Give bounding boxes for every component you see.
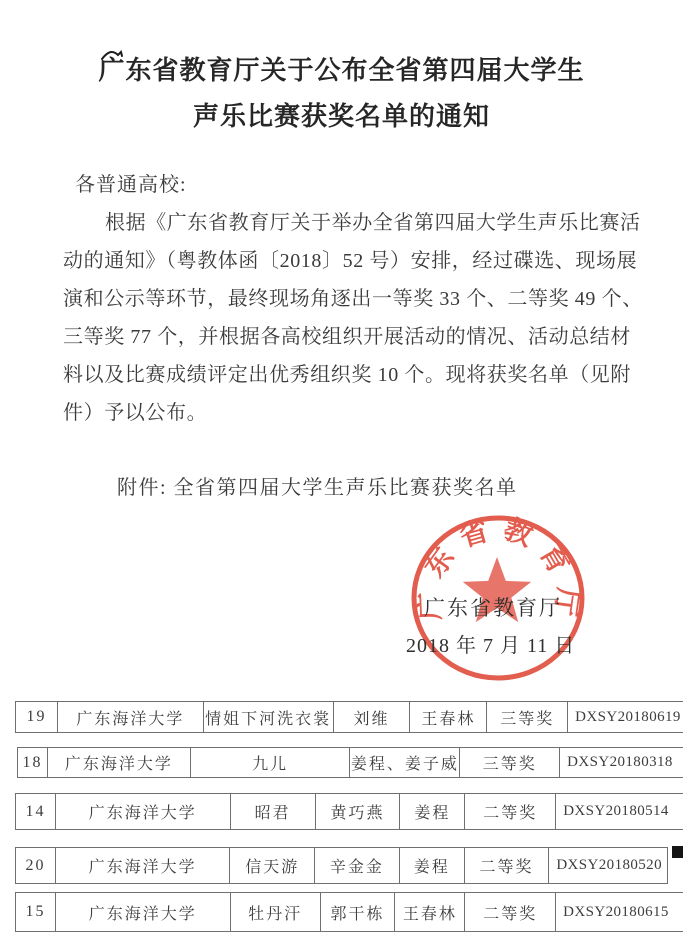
signature-date: 2018 年 7 月 11 日: [406, 629, 575, 658]
table-cell: 三等奖: [487, 702, 568, 732]
table-cell: 姜程: [400, 794, 465, 829]
body-paragraph: 根据《广东省教育厅关于举办全省第四届大学生声乐比赛活动的通知》（粤教体函〔201…: [63, 204, 628, 432]
paragraph-line: 三等奖 77 个，并根据各高校组织开展活动的情况、活动总结材: [63, 318, 628, 356]
table-cell-code: DXSY20180514: [556, 794, 683, 829]
table-cell: 姜程: [400, 848, 465, 883]
table-cell-code: DXSY20180318: [560, 748, 683, 777]
scanned-notice-page: { "document": { "title_line1": "广东省教育厅关于…: [0, 0, 683, 941]
table-cell: 19: [16, 702, 58, 732]
paragraph-line: 动的通知》（粤教体函〔2018〕52 号）安排，经过碟选、现场展: [63, 242, 628, 280]
paragraph-line: 根据《广东省教育厅关于举办全省第四届大学生声乐比赛活: [63, 204, 628, 242]
paragraph-line: 演和公示等环节，最终现场角逐出一等奖 33 个、二等奖 49 个、: [63, 280, 628, 318]
table-cell-code: DXSY20180520: [549, 848, 667, 883]
table-cell: 九儿: [191, 748, 351, 777]
table-row: 19广东海洋大学情姐下河洗衣裳刘维王春林三等奖DXSY20180619: [15, 701, 683, 733]
table-cell-code: DXSY20180619: [568, 702, 683, 732]
table-cell: 情姐下河洗衣裳: [204, 702, 334, 732]
table-row: 18广东海洋大学九儿姜程、姜子威三等奖DXSY20180318: [17, 747, 683, 778]
table-row: 20广东海洋大学信天游辛金金姜程二等奖DXSY20180520: [15, 847, 668, 884]
table-cell: 姜程、姜子威: [350, 748, 460, 777]
signature-org: 广东省教育厅: [424, 592, 562, 622]
table-cell: 牡丹汗: [231, 893, 321, 931]
table-row: 15广东海洋大学牡丹汗郭干栋王春林二等奖DXSY20180615: [15, 892, 683, 932]
ink-mark-artifact: [100, 47, 124, 63]
table-cell: 二等奖: [465, 848, 550, 883]
table-cell: 辛金金: [315, 848, 400, 883]
table-cell: 18: [18, 748, 48, 777]
table-cell: 王春林: [410, 702, 487, 732]
document-title-line2: 声乐比赛获奖名单的通知: [0, 94, 683, 140]
table-cell: 郭干栋: [321, 893, 396, 931]
salutation: 各普通高校:: [63, 166, 628, 204]
table-cell: 三等奖: [460, 748, 560, 777]
table-cell: 20: [16, 848, 56, 883]
table-cell: 昭君: [231, 794, 316, 829]
table-cell: 广东海洋大学: [58, 702, 204, 732]
table-cell: 14: [16, 794, 56, 829]
table-cell: 二等奖: [465, 794, 556, 829]
document-body: 各普通高校: 根据《广东省教育厅关于举办全省第四届大学生声乐比赛活动的通知》（粤…: [63, 166, 628, 432]
table-cell: 广东海洋大学: [48, 748, 191, 777]
table-cell: 刘维: [334, 702, 411, 732]
paragraph-line: 件）予以公布。: [63, 394, 628, 432]
paragraph-line: 料以及比赛成绩评定出优秀组织奖 10 个。现将获奖名单（见附: [63, 356, 628, 394]
table-cell-code: DXSY20180615: [556, 893, 683, 931]
table-cell: 广东海洋大学: [56, 893, 231, 931]
table-cell: 15: [16, 893, 56, 931]
table-cell: 王春林: [395, 893, 465, 931]
table-row: 14广东海洋大学昭君黄巧燕姜程二等奖DXSY20180514: [15, 793, 683, 830]
attachment-line: 附件: 全省第四届大学生声乐比赛获奖名单: [63, 469, 683, 507]
table-cell: 广东海洋大学: [56, 794, 231, 829]
table-cell: 广东海洋大学: [56, 848, 230, 883]
table-cell: 信天游: [230, 848, 315, 883]
scan-artifact-square: [672, 846, 683, 858]
table-cell: 黄巧燕: [316, 794, 401, 829]
table-cell: 二等奖: [465, 893, 556, 931]
